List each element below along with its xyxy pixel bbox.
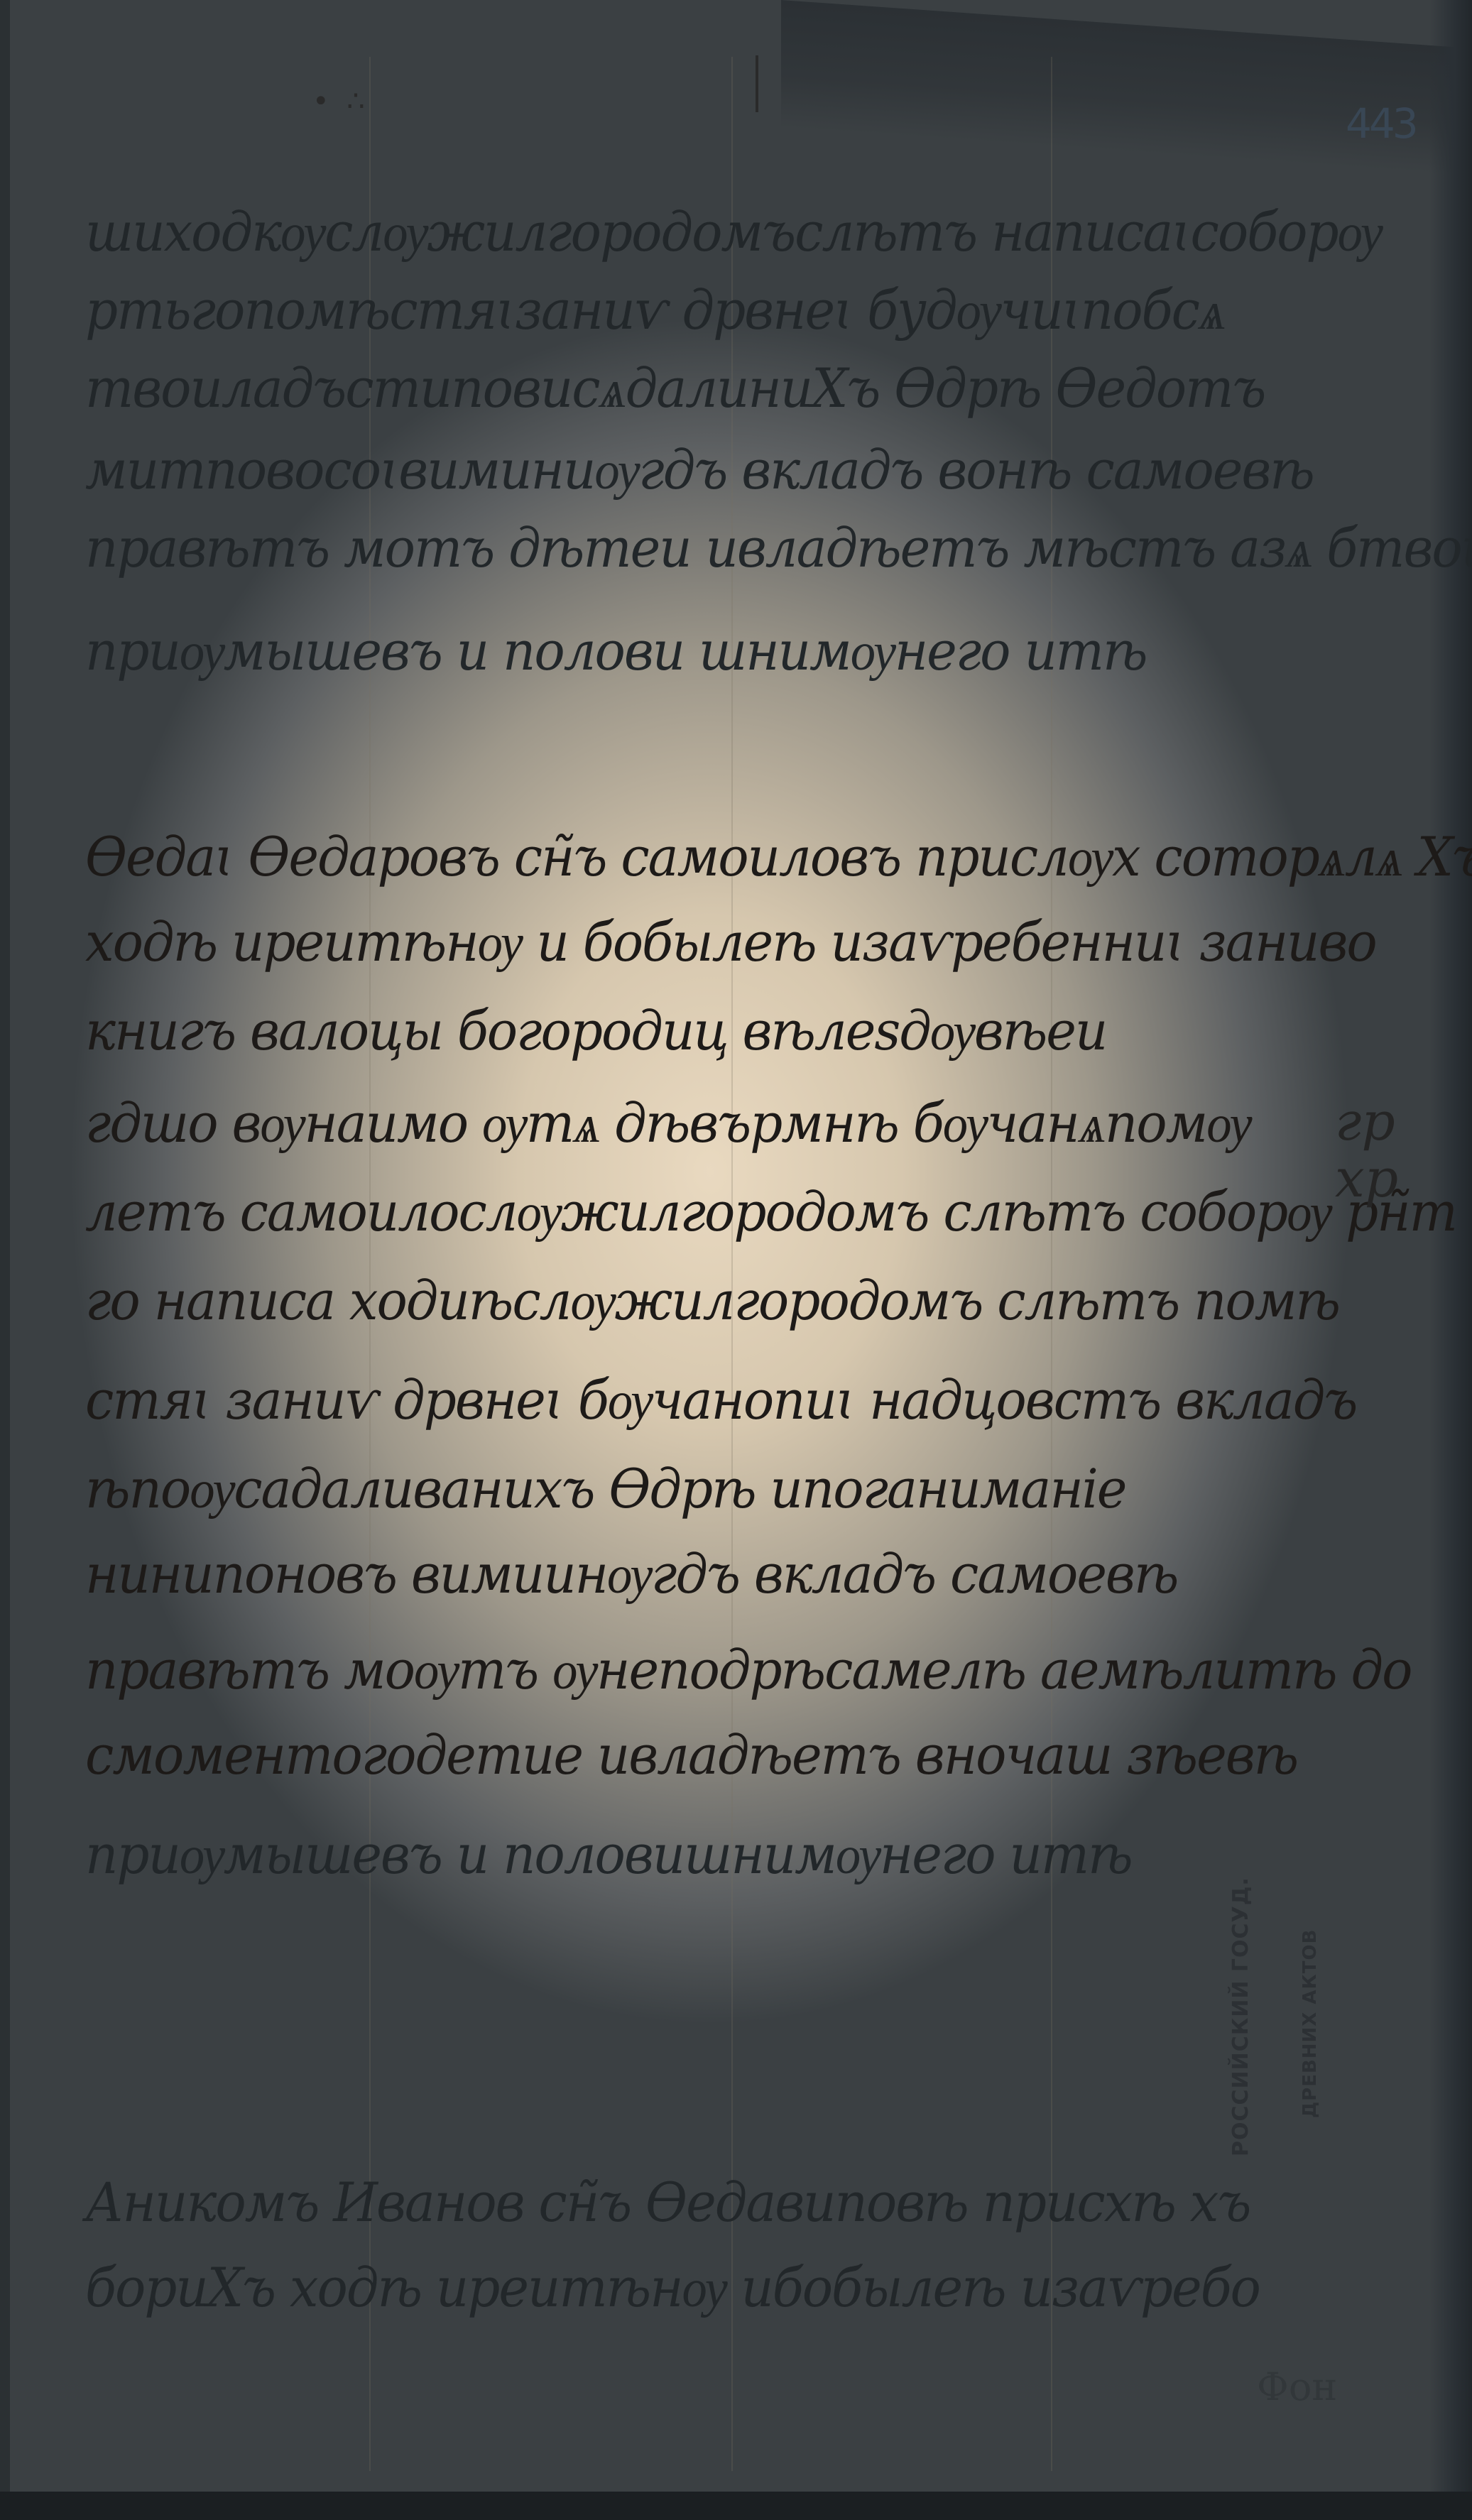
text-line: книгъ валоцы богородиц вѣлеѕдѹвѣеи (85, 1000, 1106, 1063)
margin-note: гр хр (1335, 1093, 1420, 1207)
top-marks: • ∴ (312, 85, 369, 118)
text-line: нинипоновъ вимиинѹгдъ вкладъ самоевѣ (85, 1543, 1177, 1606)
text-line: приѹмышевъ и полови шнимѹнего итѣ (85, 620, 1147, 683)
text-line: го написа ходиѣслѹжилгородомъ слѣтъ помѣ (85, 1270, 1339, 1333)
text-line: ходѣ иреитѣнѹ и бобылеѣ изаѵребенниꙇ зан… (85, 911, 1376, 974)
archive-stamp-line: РОССИЙСКИЙ ГОСУД. (1228, 1875, 1268, 2159)
top-tick-mark (756, 55, 758, 112)
page-number: 443 (1346, 99, 1416, 148)
archive-stamp-line: ДРЕВНИХ АКТОВ (1299, 1896, 1339, 2151)
page-left-edge (0, 0, 10, 2520)
text-line: твоиладъстиповисѧдалиниХъ Ѳдрѣ Ѳедотъ (85, 357, 1265, 420)
text-line: бориХъ ходѣ иреитѣнѹ ибобылеѣ изаѵребо (85, 2257, 1260, 2320)
page-right-edge (1429, 0, 1472, 2520)
text-line: смоментогодетие ивладѣетъ вночаш зѣевѣ (85, 1724, 1297, 1787)
text-line: Аникомъ Иванов сн̃ъ Ѳедавиповѣ присхѣ хъ (85, 2171, 1250, 2234)
text-line: приѹмышевъ и половишнимѹнего итѣ (85, 1823, 1132, 1887)
text-line: гдшо вѹнаимо ѹтѧ дѣвърмнѣ бѹчанѧпомѹ (85, 1092, 1250, 1155)
manuscript-page: • ∴ 443 шиходкѹслѹжилгородомъслѣтъ напис… (0, 0, 1472, 2520)
page-bottom-edge (0, 2492, 1472, 2520)
archive-stamp: РОССИЙСКИЙ ГОСУД. ДРЕВНИХ АКТОВ (1228, 1875, 1363, 2159)
text-line: митповосоꙇвиминиѹгдъ вкладъ вонѣ самоевѣ (85, 439, 1314, 502)
text-line: ѣпоѹсадаливанихъ Ѳдрѣ ипоганиманіе (85, 1458, 1125, 1521)
text-line: Ѳедаꙇ Ѳедаровъ сн̃ъ самоиловъ прислѹх со… (85, 826, 1472, 889)
text-line: стяꙇ заниѵ дрвнеꙇ бѹчанопиꙇ надцовстъ вк… (85, 1369, 1356, 1432)
text-line: правѣтъ мотъ дѣтеи ивладѣетъ мѣстъ азѧ б… (85, 517, 1472, 580)
text-line: правѣтъ моѹтъ ѹнеподрѣсамелѣ аемѣлитѣ до (85, 1639, 1412, 1702)
folio-stamp: Фон (1257, 2364, 1337, 2409)
text-line: шиходкѹслѹжилгородомъслѣтъ написаꙇсоборѹ (85, 201, 1382, 264)
text-line: ртьгопомѣстяꙇзаниѵ дрвнеꙇ будѹчиꙇпобсѧ (85, 279, 1225, 342)
text-line: летъ самоилослѹжилгородомъ слѣтъ соборѹ … (85, 1181, 1456, 1244)
top-shadow (781, 0, 1472, 176)
